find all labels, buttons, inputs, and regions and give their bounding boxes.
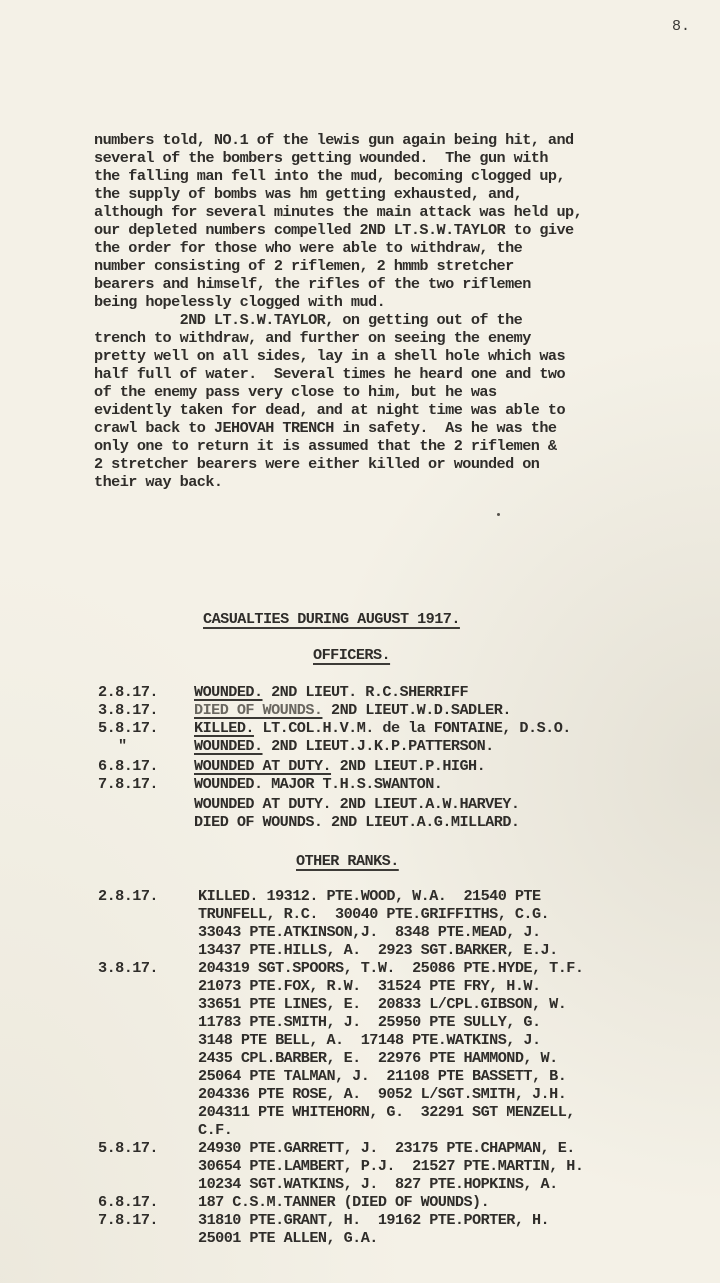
narrative-line: of the enemy pass very close to him, but… bbox=[94, 383, 497, 401]
other-ranks-heading: OTHER RANKS. bbox=[296, 852, 399, 870]
entry-date: 7.8.17. bbox=[98, 775, 158, 793]
entry-text: KILLED. LT.COL.H.V.M. de la FONTAINE, D.… bbox=[194, 719, 571, 737]
narrative-line: their way back. bbox=[94, 473, 222, 491]
narrative-line: bearers and himself, the rifles of the t… bbox=[94, 275, 531, 293]
ink-speck bbox=[497, 513, 500, 516]
group-line: 204319 SGT.SPOORS, T.W. 25086 PTE.HYDE, … bbox=[198, 959, 583, 977]
entry-status: WOUNDED. bbox=[194, 683, 263, 701]
narrative-line: numbers told, NO.1 of the lewis gun agai… bbox=[94, 131, 574, 149]
entry-detail: MAJOR T.H.S.SWANTON. bbox=[263, 775, 443, 793]
narrative-line: half full of water. Several times he hea… bbox=[94, 365, 565, 383]
group-line: 3148 PTE BELL, A. 17148 PTE.WATKINS, J. bbox=[198, 1031, 541, 1049]
group-line: 30654 PTE.LAMBERT, P.J. 21527 PTE.MARTIN… bbox=[198, 1157, 583, 1175]
group-line: 2435 CPL.BARBER, E. 22976 PTE HAMMOND, W… bbox=[198, 1049, 558, 1067]
narrative-line: the order for those who were able to wit… bbox=[94, 239, 522, 257]
group-line: 11783 PTE.SMITH, J. 25950 PTE SULLY, G. bbox=[198, 1013, 541, 1031]
entry-text: WOUNDED AT DUTY. 2ND LIEUT.A.W.HARVEY. bbox=[194, 795, 519, 813]
narrative-line: 2ND LT.S.W.TAYLOR, on getting out of the bbox=[94, 311, 522, 329]
group-line: 33043 PTE.ATKINSON,J. 8348 PTE.MEAD, J. bbox=[198, 923, 541, 941]
narrative-line: the supply of bombs was hm getting exhau… bbox=[94, 185, 522, 203]
officers-heading: OFFICERS. bbox=[313, 646, 390, 664]
entry-date: 3.8.17. bbox=[98, 701, 158, 719]
group-line: TRUNFELL, R.C. 30040 PTE.GRIFFITHS, C.G. bbox=[198, 905, 549, 923]
group-line: 204311 PTE WHITEHORN, G. 32291 SGT MENZE… bbox=[198, 1103, 575, 1121]
narrative-line: our depleted numbers compelled 2ND LT.S.… bbox=[94, 221, 574, 239]
group-line: 31810 PTE.GRANT, H. 19162 PTE.PORTER, H. bbox=[198, 1211, 549, 1229]
group-line: 187 C.S.M.TANNER (DIED OF WOUNDS). bbox=[198, 1193, 489, 1211]
group-date: 2.8.17. bbox=[98, 887, 158, 905]
narrative-line: only one to return it is assumed that th… bbox=[94, 437, 556, 455]
narrative-line: several of the bombers getting wounded. … bbox=[94, 149, 548, 167]
typewritten-page: 8. numbers told, NO.1 of the lewis gun a… bbox=[0, 0, 720, 1283]
narrative-line: crawl back to JEHOVAH TRENCH in safety. … bbox=[94, 419, 556, 437]
group-date: 3.8.17. bbox=[98, 959, 158, 977]
entry-date: 2.8.17. bbox=[98, 683, 158, 701]
narrative-line: number consisting of 2 riflemen, 2 hmmb … bbox=[94, 257, 514, 275]
entry-text: WOUNDED. 2ND LIEUT. R.C.SHERRIFF bbox=[194, 683, 468, 701]
narrative-line: although for several minutes the main at… bbox=[94, 203, 582, 221]
page-number: 8. bbox=[672, 18, 690, 35]
entry-date-ditto: " bbox=[118, 737, 127, 755]
entry-text: WOUNDED. MAJOR T.H.S.SWANTON. bbox=[194, 775, 442, 793]
entry-status: WOUNDED. bbox=[194, 737, 263, 755]
entry-text: WOUNDED AT DUTY. 2ND LIEUT.P.HIGH. bbox=[194, 757, 485, 775]
entry-detail: 2ND LIEUT. R.C.SHERRIFF bbox=[263, 683, 469, 701]
narrative-line: trench to withdraw, and further on seein… bbox=[94, 329, 531, 347]
group-date: 6.8.17. bbox=[98, 1193, 158, 1211]
entry-detail: 2ND LIEUT.J.K.P.PATTERSON. bbox=[263, 737, 494, 755]
casualties-title: CASUALTIES DURING AUGUST 1917. bbox=[203, 610, 460, 628]
group-line: 24930 PTE.GARRETT, J. 23175 PTE.CHAPMAN,… bbox=[198, 1139, 575, 1157]
group-date: 7.8.17. bbox=[98, 1211, 158, 1229]
group-line: 13437 PTE.HILLS, A. 2923 SGT.BARKER, E.J… bbox=[198, 941, 558, 959]
group-line: 204336 PTE ROSE, A. 9052 L/SGT.SMITH, J.… bbox=[198, 1085, 566, 1103]
entry-text: DIED OF WOUNDS. 2ND LIEUT.A.G.MILLARD. bbox=[194, 813, 519, 831]
entry-detail: 2ND LIEUT.A.G.MILLARD. bbox=[322, 813, 519, 831]
narrative-line: 2 stretcher bearers were either killed o… bbox=[94, 455, 539, 473]
entry-detail: LT.COL.H.V.M. de la FONTAINE, D.S.O. bbox=[254, 719, 571, 737]
entry-status: DIED OF WOUNDS. bbox=[194, 701, 322, 719]
entry-text: DIED OF WOUNDS. 2ND LIEUT.W.D.SADLER. bbox=[194, 701, 511, 719]
group-line: KILLED. 19312. PTE.WOOD, W.A. 21540 PTE bbox=[198, 887, 541, 905]
group-line: 10234 SGT.WATKINS, J. 827 PTE.HOPKINS, A… bbox=[198, 1175, 558, 1193]
entry-date: 5.8.17. bbox=[98, 719, 158, 737]
group-line: 21073 PTE.FOX, R.W. 31524 PTE FRY, H.W. bbox=[198, 977, 541, 995]
entry-status: KILLED. bbox=[194, 719, 254, 737]
entry-status: WOUNDED. bbox=[194, 775, 263, 793]
narrative-line: pretty well on all sides, lay in a shell… bbox=[94, 347, 565, 365]
entry-status: WOUNDED AT DUTY. bbox=[194, 795, 331, 813]
group-line: 33651 PTE LINES, E. 20833 L/CPL.GIBSON, … bbox=[198, 995, 566, 1013]
entry-detail: 2ND LIEUT.W.D.SADLER. bbox=[322, 701, 510, 719]
entry-text: WOUNDED. 2ND LIEUT.J.K.P.PATTERSON. bbox=[194, 737, 494, 755]
narrative-line: being hopelessly clogged with mud. bbox=[94, 293, 385, 311]
entry-detail: 2ND LIEUT.A.W.HARVEY. bbox=[331, 795, 519, 813]
group-line: 25001 PTE ALLEN, G.A. bbox=[198, 1229, 378, 1247]
group-date: 5.8.17. bbox=[98, 1139, 158, 1157]
entry-date: 6.8.17. bbox=[98, 757, 158, 775]
entry-status: WOUNDED AT DUTY. bbox=[194, 757, 331, 775]
narrative-line: the falling man fell into the mud, becom… bbox=[94, 167, 565, 185]
narrative-line: evidently taken for dead, and at night t… bbox=[94, 401, 565, 419]
group-line: C.F. bbox=[198, 1121, 232, 1139]
entry-detail: 2ND LIEUT.P.HIGH. bbox=[331, 757, 485, 775]
entry-status: DIED OF WOUNDS. bbox=[194, 813, 322, 831]
group-line: 25064 PTE TALMAN, J. 21108 PTE BASSETT, … bbox=[198, 1067, 566, 1085]
